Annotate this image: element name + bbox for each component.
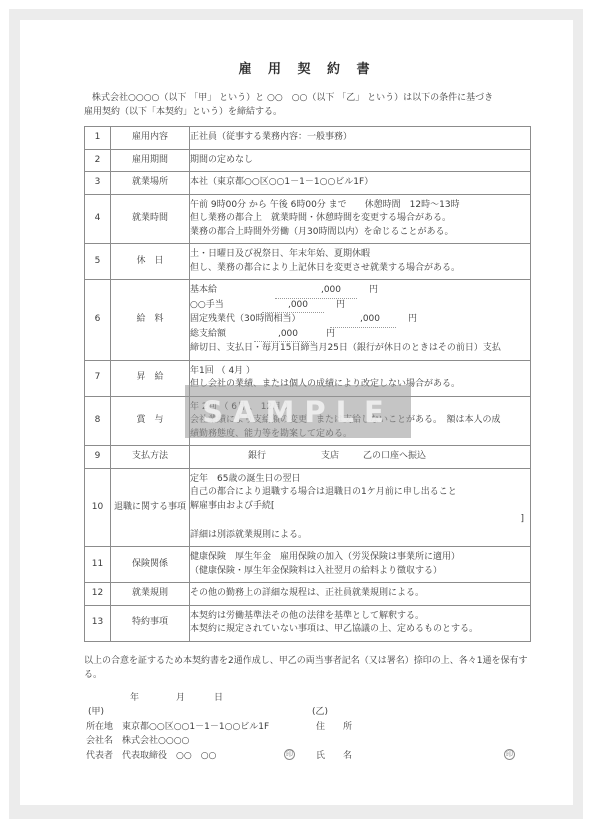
table-row-work-rules: 12 就業規則 その他の勤務上の詳細な規程は、正社員就業規則による。 <box>85 583 531 606</box>
row-label: 雇用内容 <box>111 127 190 150</box>
payment-method-line: 銀行支店乙の口座へ振込 <box>190 450 530 464</box>
party-b-address-label: 住 所 <box>316 720 352 734</box>
row-label: 賞 与 <box>111 396 190 446</box>
salary-line-total: 総支給額,000円 <box>190 328 530 343</box>
salary-item-label: ○○手当 <box>190 299 262 313</box>
row-content: 正社員（従事する業務内容：一般事務） <box>190 127 531 150</box>
contract-table: 1 雇用内容 正社員（従事する業務内容：一般事務） 2 雇用期間 期間の定めなし… <box>84 126 531 642</box>
table-row-bonus: 8 賞 与 年 2回 （ 6月 、 12月 ） 会社業績により支給額の変更 また… <box>85 396 531 446</box>
row-label: 休 日 <box>111 244 190 280</box>
row-number: 11 <box>85 547 111 583</box>
date-line: 年 月 日 <box>84 691 530 706</box>
table-row-employment-period: 2 雇用期間 期間の定めなし <box>85 149 531 172</box>
row-content: 定年 65歳の誕生日の翌日 自己の都合により退職する場合は退職日の1ケ月前に申し… <box>190 468 531 547</box>
row-number: 10 <box>85 468 111 547</box>
table-row-employment-type: 1 雇用内容 正社員（従事する業務内容：一般事務） <box>85 127 531 150</box>
salary-unit: 円 <box>369 285 378 295</box>
address-label: 所在地 <box>86 720 113 734</box>
table-row-raise: 7 昇 給 年1回 （ 4月 ） 但し会社の業績、または個人の成績により改定しな… <box>85 360 531 396</box>
representative-line: 代表者 代表取締役 ○○ ○○ 印 氏 名 印 <box>84 749 530 764</box>
company-name: 株式会社○○○○ <box>122 734 189 748</box>
row-label: 退職に関する事項 <box>111 468 190 547</box>
content-line: 午前 9時00分 から 午後 6時00分 まで 休憩時間 12時～13時 <box>190 199 530 213</box>
content-line: 詳細は別添就業規則による。 <box>190 529 530 543</box>
document-title: 雇 用 契 約 書 <box>84 58 530 77</box>
salary-item-label: 基本給 <box>190 284 275 298</box>
company-line: 会社名 株式会社○○○○ <box>84 734 530 749</box>
date-day-label: 日 <box>214 691 223 705</box>
representative-name: 代表取締役 ○○ ○○ <box>122 749 216 763</box>
table-row-workplace: 3 就業場所 本社（東京都○○区○○1－1－1○○ビル1F） <box>85 172 531 195</box>
table-row-holidays: 5 休 日 土・日曜日及び祝祭日、年末年始、夏期休暇 但し、業務の都合により上記… <box>85 244 531 280</box>
party-b-name-label: 氏 名 <box>316 749 352 763</box>
content-line: 但し、業務の都合により上記休日を変更させ就業する場合がある。 <box>190 262 530 276</box>
content-line: 本契約は労働基準法その他の法律を基準として解釈する。 <box>190 610 530 624</box>
row-number: 4 <box>85 194 111 244</box>
intro-line-2: 雇用契約（以下「本契約」という）を締結する。 <box>84 105 530 119</box>
intro-line-1: 株式会社○○○○（以下 「甲」 という）と ○○ ○○（以下 「乙」 という）は… <box>84 91 530 105</box>
content-line: その他の勤務上の詳細な規程は、正社員就業規則による。 <box>190 587 530 601</box>
row-content: 健康保険 厚生年金 雇用保険の加入（労災保険は事業所に適用） （健康保険・厚生年… <box>190 547 531 583</box>
content-line: 正社員（従事する業務内容：一般事務） <box>190 131 530 145</box>
salary-item-label: 総支給額 <box>190 328 254 342</box>
content-line: 年1回 （ 4月 ） <box>190 365 530 379</box>
row-label: 特約事項 <box>111 605 190 641</box>
table-row-retirement: 10 退職に関する事項 定年 65歳の誕生日の翌日 自己の都合により退職する場合… <box>85 468 531 547</box>
date-year-label: 年 <box>130 691 139 705</box>
intro-paragraph: 株式会社○○○○（以下 「甲」 という）と ○○ ○○（以下 「乙」 という）は… <box>84 91 530 119</box>
closing-section: 以上の合意を証するため本契約書を2通作成し、甲乙の両当事者記名（又は署名）捺印の… <box>84 654 530 764</box>
content-line: 解雇事由および手続[ <box>190 500 530 514</box>
content-line: 期間の定めなし <box>190 154 530 168</box>
salary-amount-field: ,000 <box>330 313 396 328</box>
content-line: 本契約に規定されていない事項は、甲乙協議の上、定めるものとする。 <box>190 623 530 637</box>
table-row-salary: 6 給 料 基本給,000円 ○○手当,000円 固定残業代（30時間相当）,0… <box>85 280 531 361</box>
row-content: 銀行支店乙の口座へ振込 <box>190 446 531 469</box>
salary-amount-field: ,000 <box>262 299 324 314</box>
salary-unit: 円 <box>408 314 417 324</box>
company-address: 東京都○○区○○1－1－1○○ビル1F <box>122 720 269 734</box>
content-line: （健康保険・厚生年金保険料は入社翌月の給料より徴収する） <box>190 565 530 579</box>
branch-label: 支店 <box>321 451 339 461</box>
row-content: 期間の定めなし <box>190 149 531 172</box>
row-label: 保険関係 <box>111 547 190 583</box>
representative-label: 代表者 <box>86 749 113 763</box>
content-line: 但し業務の都合上 就業時間・休憩時間を変更する場合がある。 <box>190 212 530 226</box>
salary-amount-field: ,000 <box>275 284 357 299</box>
salary-unit: 円 <box>326 329 335 339</box>
row-number: 7 <box>85 360 111 396</box>
date-month-label: 月 <box>176 691 185 705</box>
content-line: 年 2回 （ 6月 、 12月 ） <box>190 401 530 415</box>
table-row-special-provisions: 13 特約事項 本契約は労働基準法その他の法律を基準として解釈する。 本契約に規… <box>85 605 531 641</box>
row-label: 就業場所 <box>111 172 190 195</box>
row-label: 給 料 <box>111 280 190 361</box>
salary-amount-field: ,000 <box>254 328 314 343</box>
row-number: 5 <box>85 244 111 280</box>
bracket-close-line: ] <box>190 513 530 527</box>
content-line: 業務の都合上時間外労働（月30時間以内）を命じることがある。 <box>190 226 530 240</box>
party-b-tag: (乙) <box>312 705 328 719</box>
row-content: 年 2回 （ 6月 、 12月 ） 会社業績により支給額の変更 または支給しない… <box>190 396 531 446</box>
row-label: 就業規則 <box>111 583 190 606</box>
content-line: 本社（東京都○○区○○1－1－1○○ビル1F） <box>190 176 530 190</box>
salary-line-base: 基本給,000円 <box>190 284 530 299</box>
table-row-insurance: 11 保険関係 健康保険 厚生年金 雇用保険の加入（労災保険は事業所に適用） （… <box>85 547 531 583</box>
row-number: 1 <box>85 127 111 150</box>
content-line: 定年 65歳の誕生日の翌日 <box>190 473 530 487</box>
content-line: 土・日曜日及び祝祭日、年末年始、夏期休暇 <box>190 248 530 262</box>
row-number: 9 <box>85 446 111 469</box>
seal-icon: 印 <box>504 749 515 760</box>
row-content: 本社（東京都○○区○○1－1－1○○ビル1F） <box>190 172 531 195</box>
closing-statement: 以上の合意を証するため本契約書を2通作成し、甲乙の両当事者記名（又は署名）捺印の… <box>84 654 530 682</box>
salary-payment-note: 締切日、支払日・毎月15日締当月25日（銀行が休日のときはその前日）支払 <box>190 342 530 356</box>
row-content: 年1回 （ 4月 ） 但し会社の業績、または個人の成績により改定しない場合がある… <box>190 360 531 396</box>
party-a-tag: (甲) <box>88 705 104 719</box>
row-number: 13 <box>85 605 111 641</box>
salary-line-allowance: ○○手当,000円 <box>190 299 530 314</box>
row-content: 午前 9時00分 から 午後 6時00分 まで 休憩時間 12時～13時 但し業… <box>190 194 531 244</box>
row-content: その他の勤務上の詳細な規程は、正社員就業規則による。 <box>190 583 531 606</box>
content-line: 会社業績により支給額の変更 または支給しないことがある。 額は本人の成 <box>190 414 530 428</box>
row-number: 3 <box>85 172 111 195</box>
row-content: 基本給,000円 ○○手当,000円 固定残業代（30時間相当）,000円 総支… <box>190 280 531 361</box>
bank-label: 銀行 <box>248 451 266 461</box>
row-number: 12 <box>85 583 111 606</box>
row-number: 8 <box>85 396 111 446</box>
salary-line-overtime: 固定残業代（30時間相当）,000円 <box>190 313 530 328</box>
table-row-working-hours: 4 就業時間 午前 9時00分 から 午後 6時00分 まで 休憩時間 12時～… <box>85 194 531 244</box>
seal-icon: 印 <box>284 749 295 760</box>
party-tags-line: (甲) (乙) <box>84 705 530 720</box>
row-content: 土・日曜日及び祝祭日、年末年始、夏期休暇 但し、業務の都合により上記休日を変更さ… <box>190 244 531 280</box>
row-number: 2 <box>85 149 111 172</box>
company-label: 会社名 <box>86 734 113 748</box>
row-label: 昇 給 <box>111 360 190 396</box>
content-line: 績勤務態度、能力等を勘案して定める。 <box>190 428 530 442</box>
row-number: 6 <box>85 280 111 361</box>
transfer-label: 乙の口座へ振込 <box>363 451 426 461</box>
row-label: 就業時間 <box>111 194 190 244</box>
salary-unit: 円 <box>336 300 345 310</box>
salary-item-label: 固定残業代（30時間相当） <box>190 313 330 327</box>
row-label: 雇用期間 <box>111 149 190 172</box>
document-page: 雇 用 契 約 書 株式会社○○○○（以下 「甲」 という）と ○○ ○○（以下… <box>20 20 573 805</box>
row-content: 本契約は労働基準法その他の法律を基準として解釈する。 本契約に規定されていない事… <box>190 605 531 641</box>
content-line: 自己の都合により退職する場合は退職日の1ケ月前に申し出ること <box>190 486 530 500</box>
row-label: 支払方法 <box>111 446 190 469</box>
content-line: 健康保険 厚生年金 雇用保険の加入（労災保険は事業所に適用） <box>190 551 530 565</box>
address-line: 所在地 東京都○○区○○1－1－1○○ビル1F 住 所 <box>84 720 530 735</box>
content-line: 但し会社の業績、または個人の成績により改定しない場合がある。 <box>190 378 530 392</box>
table-row-payment-method: 9 支払方法 銀行支店乙の口座へ振込 <box>85 446 531 469</box>
document-content: 雇 用 契 約 書 株式会社○○○○（以下 「甲」 という）と ○○ ○○（以下… <box>84 58 530 763</box>
